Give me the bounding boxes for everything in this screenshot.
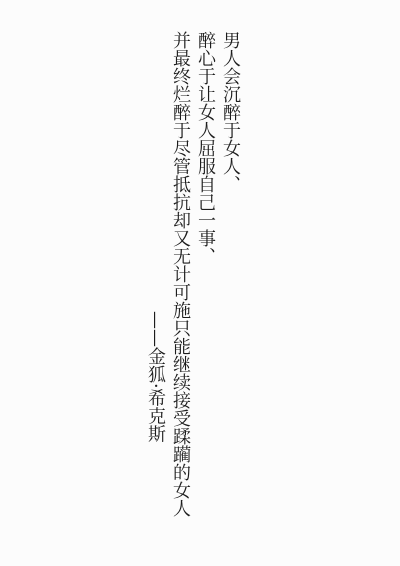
quote-line-2: 醉心于让女人屈服自己一事、 (193, 31, 218, 566)
page-background: 男人会沉醉于女人、 醉心于让女人屈服自己一事、 并最终烂醉于尽管抵抗却又无计可施… (0, 0, 400, 566)
quote-line-1: 男人会沉醉于女人、 (218, 31, 243, 566)
quote-attribution: ——金狐·希克斯 (143, 31, 168, 566)
quote-line-3: 并最终烂醉于尽管抵抗却又无计可施只能继续接受蹂躏的女人 (168, 31, 193, 566)
vertical-quote: 男人会沉醉于女人、 醉心于让女人屈服自己一事、 并最终烂醉于尽管抵抗却又无计可施… (143, 31, 243, 566)
